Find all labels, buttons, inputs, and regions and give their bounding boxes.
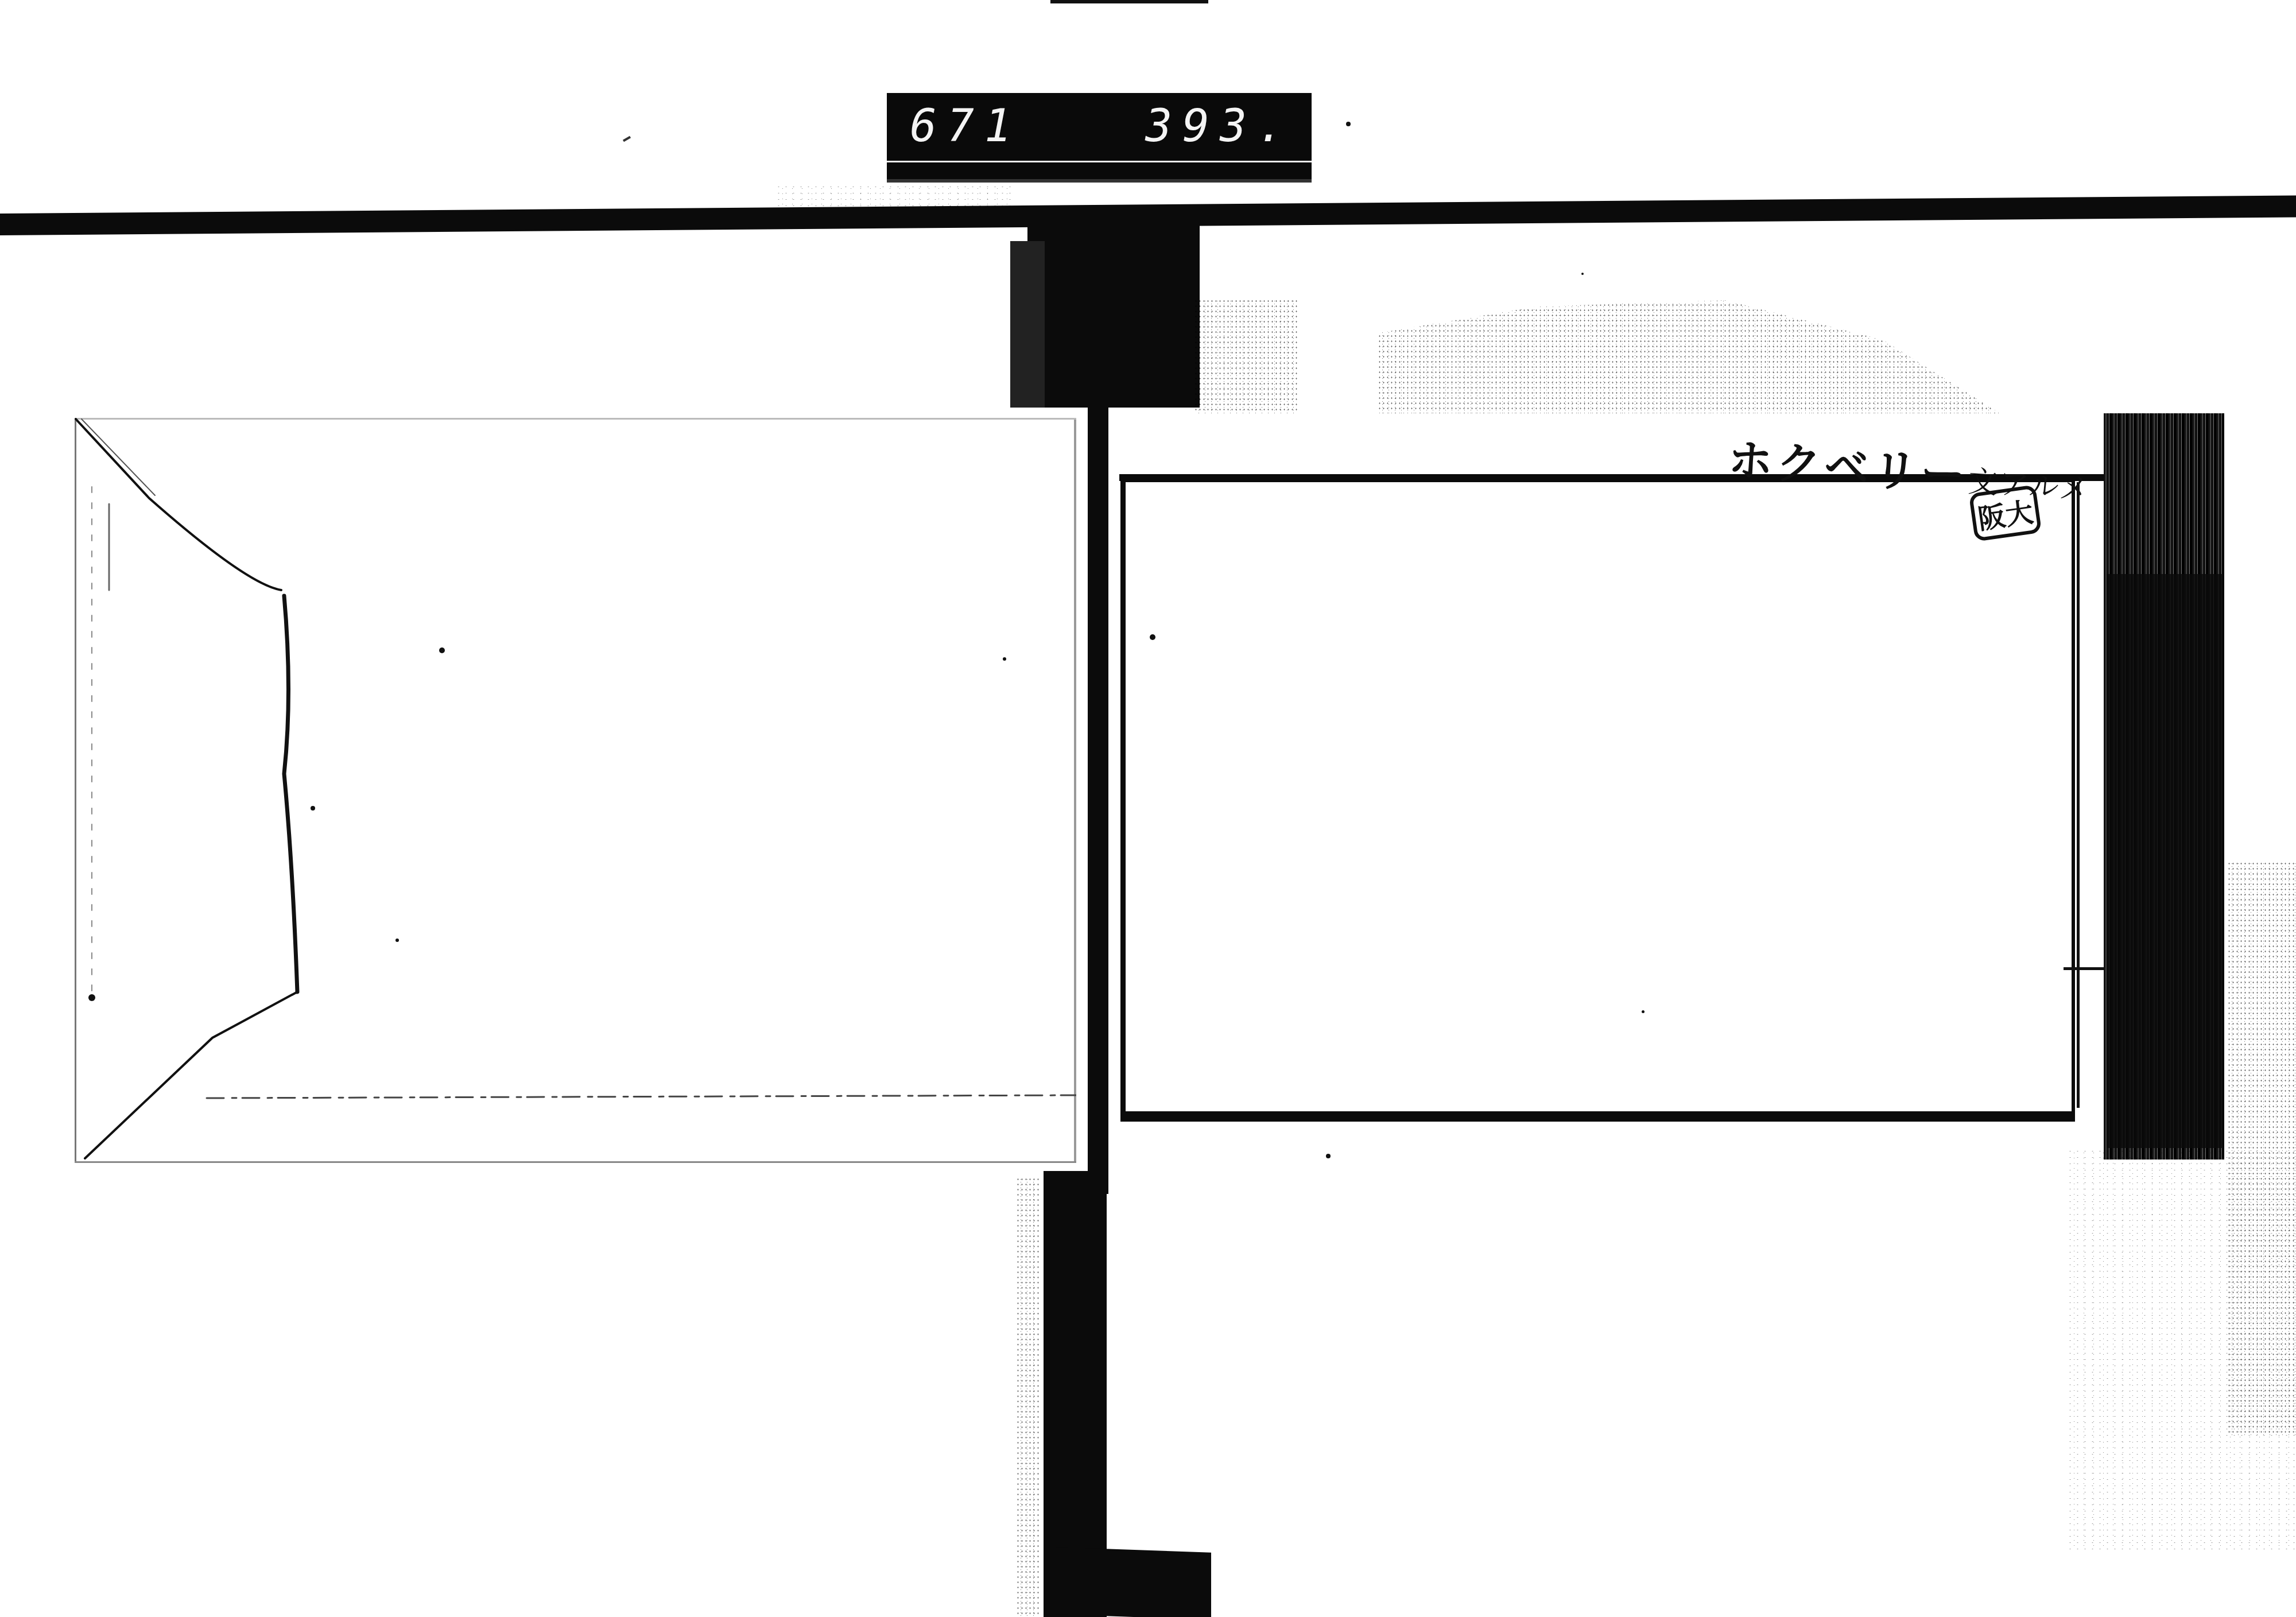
library-seal-stamp: 阪大 — [1969, 484, 2042, 541]
counter-rule — [887, 161, 1312, 162]
speck — [1642, 1010, 1645, 1013]
frame-counter: 671 393. — [887, 93, 1312, 183]
page-margin-tick — [2064, 967, 2107, 970]
speck — [1346, 122, 1351, 126]
page-frame — [1120, 475, 2075, 1122]
speck — [1581, 273, 1584, 275]
film-edge-mark — [1050, 0, 1208, 3]
scan-noise — [1378, 287, 2009, 419]
speck — [1150, 634, 1155, 640]
page-edges — [1016, 1177, 1039, 1617]
cover-flap-outline — [75, 418, 1076, 1160]
page-margin-rule — [2077, 482, 2080, 1108]
book-spine-shadow — [1010, 241, 1045, 408]
speck — [623, 136, 631, 142]
scan-noise — [2066, 1148, 2296, 1550]
frame-number-left: 671 — [910, 100, 1022, 152]
book-spine-foot — [1056, 1547, 1211, 1617]
book-fore-edge-shadow — [2107, 574, 2224, 1148]
book-gutter — [1088, 402, 1108, 1194]
book-spine-top — [1027, 224, 1200, 408]
speck — [1326, 1154, 1331, 1158]
scan-noise — [1194, 298, 1297, 413]
frame-number-right: 393. — [1145, 100, 1294, 152]
